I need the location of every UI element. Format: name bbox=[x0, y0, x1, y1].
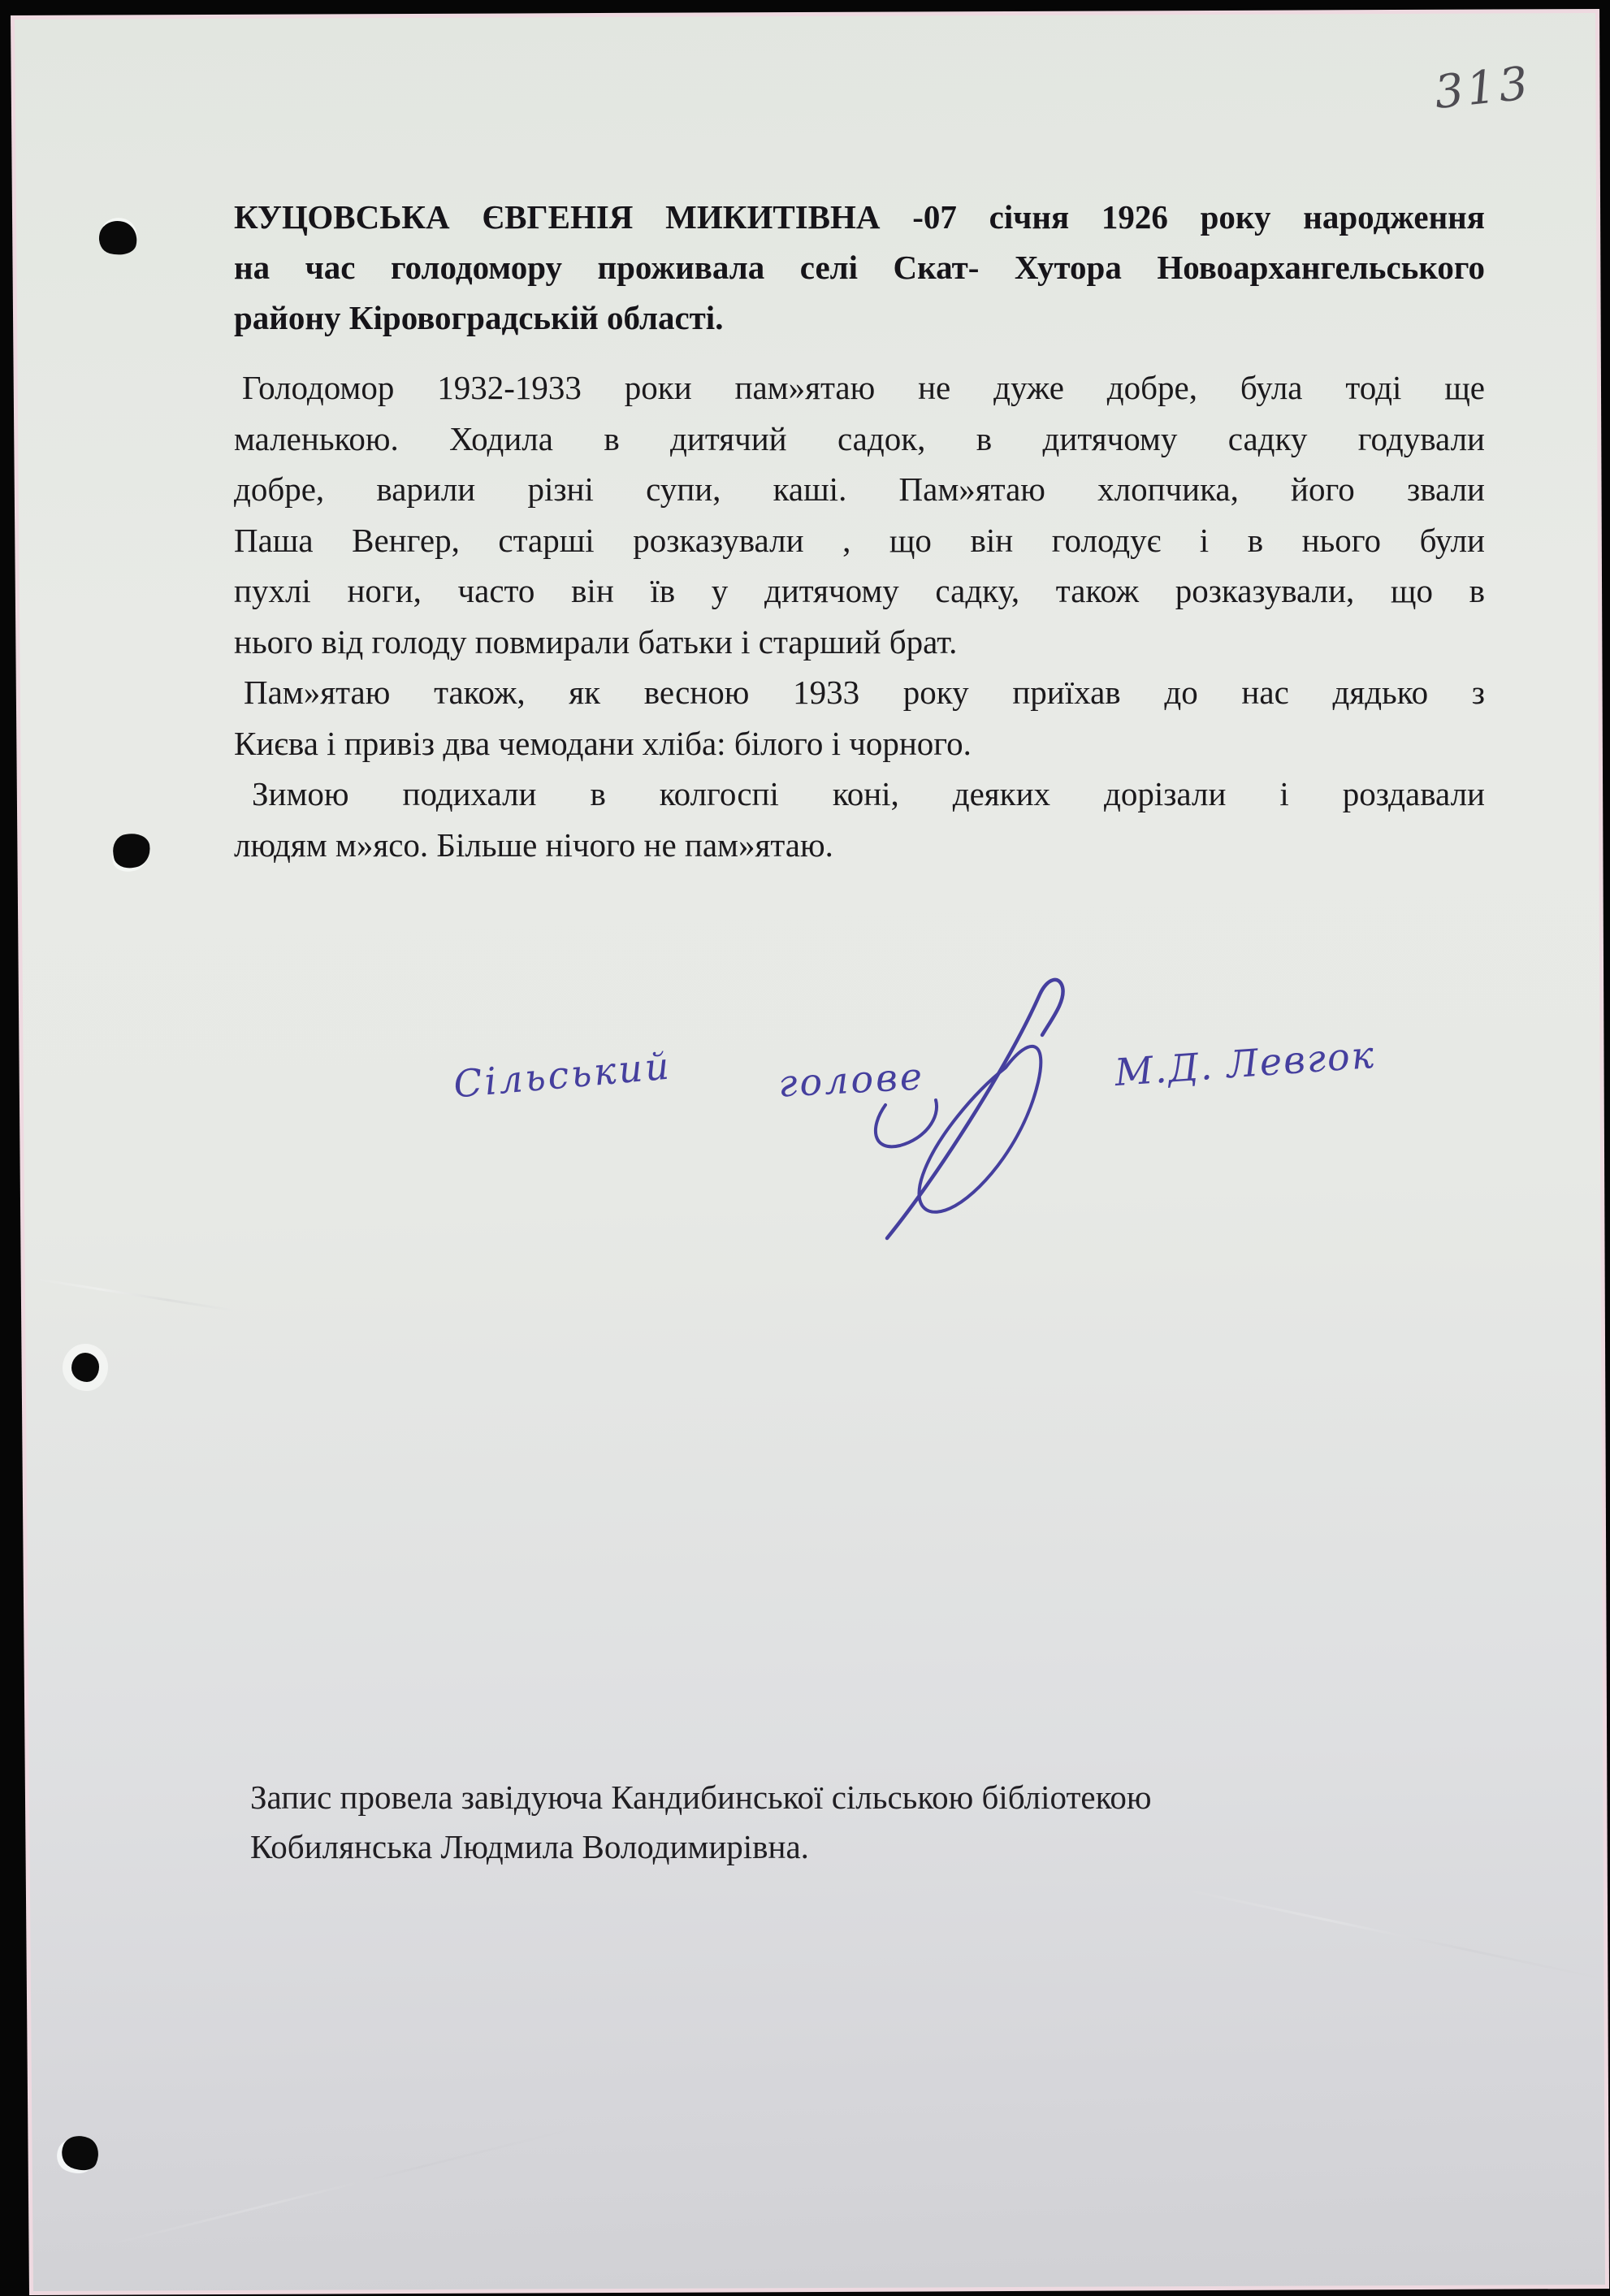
footer-line: Запис провела завідуюча Кандибинської сі… bbox=[250, 1773, 1485, 1822]
body-paragraph: Пам»ятаю також, як весною 1933 року приї… bbox=[234, 667, 1485, 769]
body-line: нього від голоду повмирали батьки і стар… bbox=[234, 617, 1485, 668]
handwritten-page-number: 313 bbox=[1432, 57, 1534, 119]
body-paragraph: Зимою подихали в колгоспі коні, деяких д… bbox=[234, 769, 1485, 870]
heading-line: району Кіровоградській області. bbox=[234, 292, 1485, 343]
paper-sheet bbox=[0, 0, 1610, 2296]
heading-line: КУЦОВСЬКА ЄВГЕНІЯ МИКИТІВНА -07 січня 19… bbox=[234, 192, 1485, 242]
body-paragraph: Голодомор 1932-1933 роки пам»ятаю не дуж… bbox=[234, 362, 1485, 667]
body-line: Голодомор 1932-1933 роки пам»ятаю не дуж… bbox=[234, 362, 1485, 414]
body-line: пухлі ноги, часто він їв у дитячому садк… bbox=[234, 565, 1485, 617]
body-line: Пам»ятаю також, як весною 1933 року приї… bbox=[234, 667, 1485, 718]
signature-flourish bbox=[863, 968, 1106, 1245]
punch-hole bbox=[71, 1353, 99, 1382]
testimony-body: Голодомор 1932-1933 роки пам»ятаю не дуж… bbox=[234, 362, 1485, 870]
heading-line: на час голодомору проживала селі Скат- Х… bbox=[234, 242, 1485, 292]
recorder-note: Запис провела завідуюча Кандибинської сі… bbox=[250, 1773, 1485, 1872]
footer-line: Кобилянська Людмила Володимирівна. bbox=[250, 1822, 1485, 1872]
testimony-heading: КУЦОВСЬКА ЄВГЕНІЯ МИКИТІВНА -07 січня 19… bbox=[234, 192, 1485, 343]
body-line: маленькою. Ходила в дитячий садок, в дит… bbox=[234, 414, 1485, 465]
body-line: Зимою подихали в колгоспі коні, деяких д… bbox=[234, 769, 1485, 820]
body-line: людям м»ясо. Більше нічого не пам»ятаю. bbox=[234, 820, 1485, 871]
body-line: Києва і привіз два чемодани хліба: білог… bbox=[234, 718, 1485, 769]
body-line: добре, варили різні супи, каші. Пам»ятаю… bbox=[234, 464, 1485, 515]
scanned-document: 313 КУЦОВСЬКА ЄВГЕНІЯ МИКИТІВНА -07 січн… bbox=[0, 0, 1610, 2296]
body-line: Паша Венгер, старші розказували , що він… bbox=[234, 515, 1485, 566]
